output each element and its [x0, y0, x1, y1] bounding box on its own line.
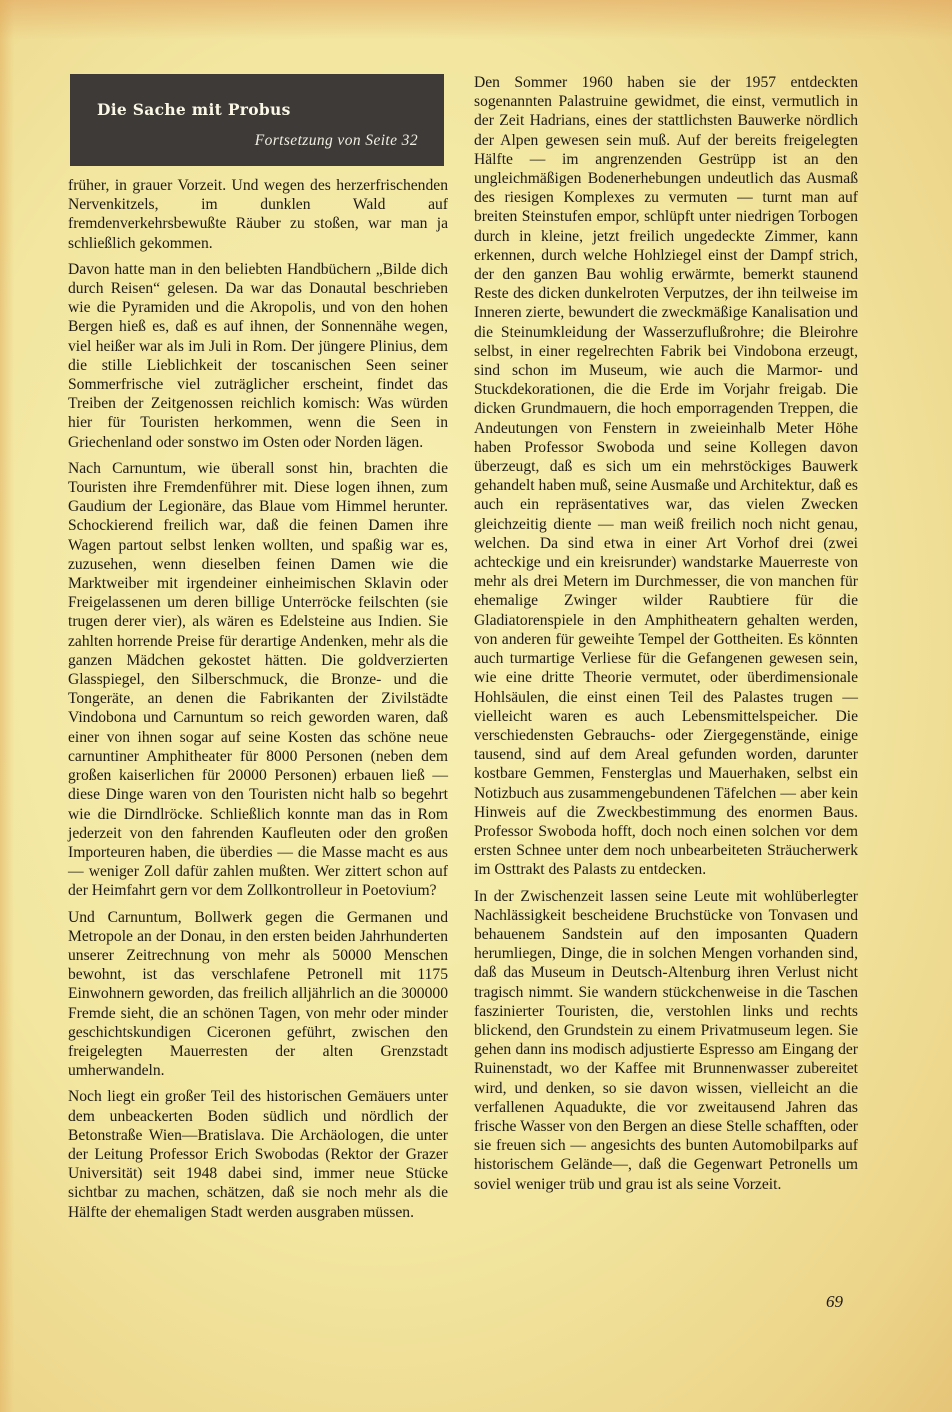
paragraph: Nach Carnuntum, wie überall sonst hin, b…: [68, 459, 448, 901]
paper-stain-top: [0, 0, 952, 40]
left-column: früher, in grauer Vorzeit. Und wegen des…: [68, 176, 448, 1222]
continuation-note: Fortsetzung von Seite 32: [255, 132, 418, 150]
paper-edge-left: [0, 0, 14, 1412]
paragraph: Davon hatte man in den beliebten Handbüc…: [68, 260, 448, 452]
paragraph: Den Sommer 1960 haben sie der 1957 entde…: [474, 73, 858, 880]
paragraph: In der Zwischenzeit lassen seine Leute m…: [474, 887, 858, 1194]
article-title: Die Sache mit Probus: [97, 100, 291, 119]
page-number: 69: [826, 1292, 843, 1312]
paragraph: früher, in grauer Vorzeit. Und wegen des…: [68, 176, 448, 253]
paragraph: Und Carnuntum, Bollwerk gegen die German…: [68, 908, 448, 1081]
paragraph: Noch liegt ein großer Teil des historisc…: [68, 1087, 448, 1221]
right-column: Den Sommer 1960 haben sie der 1957 entde…: [474, 73, 858, 1194]
article-header-box: Die Sache mit Probus Fortsetzung von Sei…: [70, 74, 444, 166]
